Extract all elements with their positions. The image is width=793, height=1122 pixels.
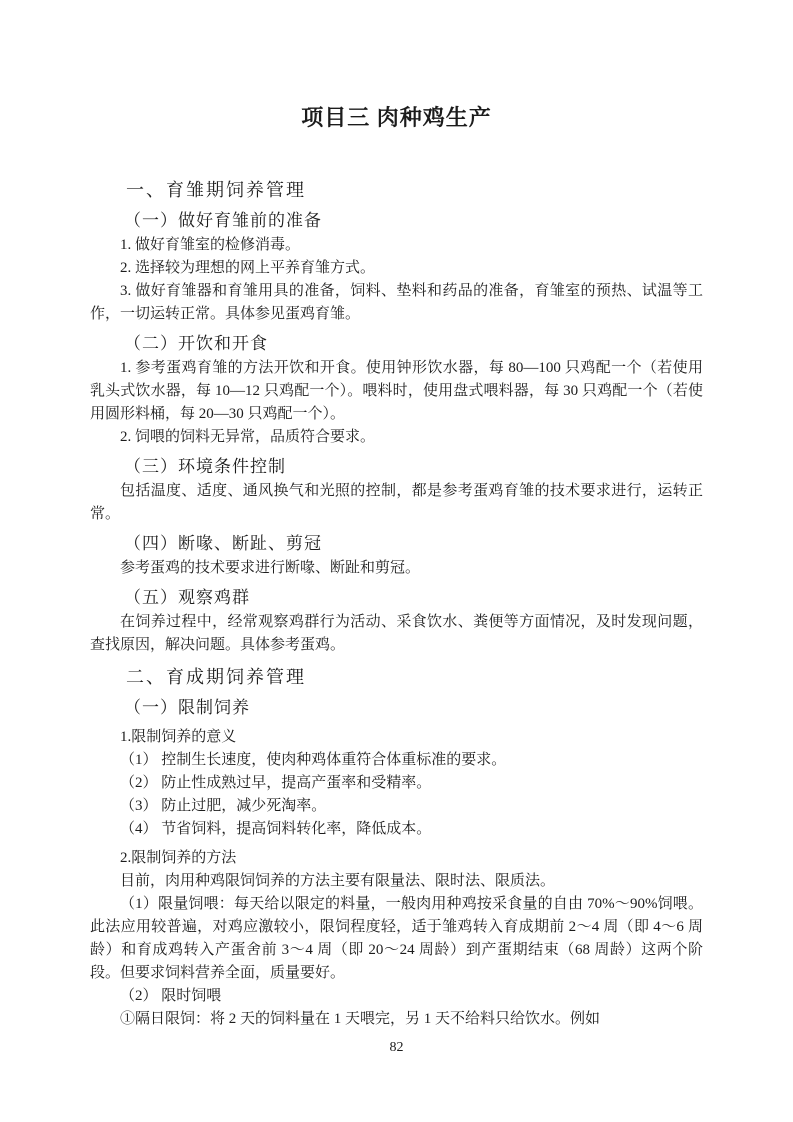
paragraph: （1） 控制生长速度，使肉种鸡体重符合体重标准的要求。 — [90, 749, 703, 772]
document-title: 项目三 肉种鸡生产 — [90, 102, 703, 134]
paragraph: 目前，肉用种鸡限饲饲养的方法主要有限量法、限时法、限质法。 — [90, 870, 703, 893]
list-heading: 2.限制饲养的方法 — [90, 847, 703, 870]
paragraph: （1）限量饲喂：每天给以限定的料量，一般肉用种鸡按采食量的自由 70%～90%饲… — [90, 893, 703, 985]
paragraph: 1. 参考蛋鸡育雏的方法开饮和开食。使用钟形饮水器，每 80—100 只鸡配一个… — [90, 357, 703, 426]
subsection-heading: （四）断喙、断趾、剪冠 — [90, 531, 703, 556]
list-heading: 1.限制饲养的意义 — [90, 726, 703, 749]
subsection-heading: （二）开饮和开食 — [90, 331, 703, 356]
paragraph: 参考蛋鸡的技术要求进行断喙、断趾和剪冠。 — [90, 557, 703, 580]
paragraph: （4） 节省饲料，提高饲料转化率，降低成本。 — [90, 818, 703, 841]
document-page: 项目三 肉种鸡生产一、育雏期饲养管理（一）做好育雏前的准备1. 做好育雏室的检修… — [0, 0, 793, 1122]
paragraph: 1. 做好育雏室的检修消毒。 — [90, 234, 703, 257]
paragraph: 3. 做好育雏器和育雏用具的准备，饲料、垫料和药品的准备，育雏室的预热、试温等工… — [90, 280, 703, 326]
subsection-heading: （三）环境条件控制 — [90, 454, 703, 479]
paragraph: 包括温度、适度、通风换气和光照的控制，都是参考蛋鸡育雏的技术要求进行，运转正常。 — [90, 480, 703, 526]
paragraph: 在饲养过程中，经常观察鸡群行为活动、采食饮水、粪便等方面情况，及时发现问题，查找… — [90, 611, 703, 657]
paragraph: （2） 防止性成熟过早，提高产蛋率和受精率。 — [90, 772, 703, 795]
paragraph: 2. 饲喂的饲料无异常，品质符合要求。 — [90, 426, 703, 449]
section-heading: 二、育成期饲养管理 — [90, 665, 703, 690]
document-content: 项目三 肉种鸡生产一、育雏期饲养管理（一）做好育雏前的准备1. 做好育雏室的检修… — [90, 102, 703, 1031]
paragraph: （3） 防止过肥，减少死淘率。 — [90, 795, 703, 818]
subsection-heading: （一）限制饲养 — [90, 695, 703, 720]
section-heading: 一、育雏期饲养管理 — [90, 178, 703, 203]
paragraph: ①隔日限饲：将 2 天的饲料量在 1 天喂完，另 1 天不给料只给饮水。例如 — [90, 1008, 703, 1031]
subsection-heading: （一）做好育雏前的准备 — [90, 208, 703, 233]
paragraph: （2） 限时饲喂 — [90, 985, 703, 1008]
page-number: 82 — [0, 1040, 793, 1056]
paragraph: 2. 选择较为理想的网上平养育雏方式。 — [90, 257, 703, 280]
subsection-heading: （五）观察鸡群 — [90, 585, 703, 610]
